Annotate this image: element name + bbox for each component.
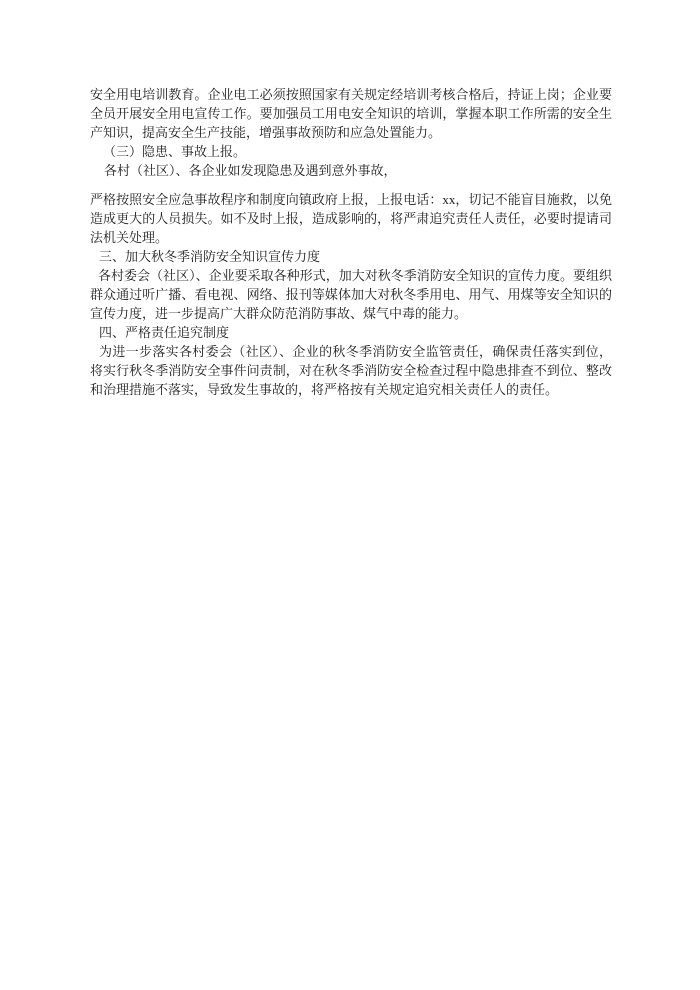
paragraph-heading-accountability-system: 四、严格责任追究制度	[90, 323, 612, 342]
paragraph-accountability-details: 为进一步落实各村委会（社区）、企业的秋冬季消防安全监管责任，确保责任落实到位，将…	[90, 342, 612, 399]
paragraph-village-enterprise-discovery: 各村（社区）、各企业如发现隐患及遇到意外事故，	[90, 161, 612, 180]
paragraph-heading-fire-safety-publicity: 三、加大秋冬季消防安全知识宣传力度	[90, 247, 612, 266]
paragraph-heading-hazard-reporting: （三）隐患、事故上报。	[90, 142, 612, 161]
paragraph-emergency-report-procedure: 严格按照安全应急事故程序和制度向镇政府上报，上报电话：xx，切记不能盲目施救，以…	[90, 190, 612, 247]
paragraph-break	[90, 180, 612, 190]
document-page: 安全用电培训教育。企业电工必须按照国家有关规定经培训考核合格后，持证上岗；企业要…	[0, 0, 700, 990]
paragraph-safety-electricity-training: 安全用电培训教育。企业电工必须按照国家有关规定经培训考核合格后，持证上岗；企业要…	[90, 85, 612, 142]
paragraph-publicity-measures: 各村委会（社区）、企业要采取各种形式，加大对秋冬季消防安全知识的宣传力度。要组织…	[90, 266, 612, 323]
document-body: 安全用电培训教育。企业电工必须按照国家有关规定经培训考核合格后，持证上岗；企业要…	[90, 85, 612, 399]
